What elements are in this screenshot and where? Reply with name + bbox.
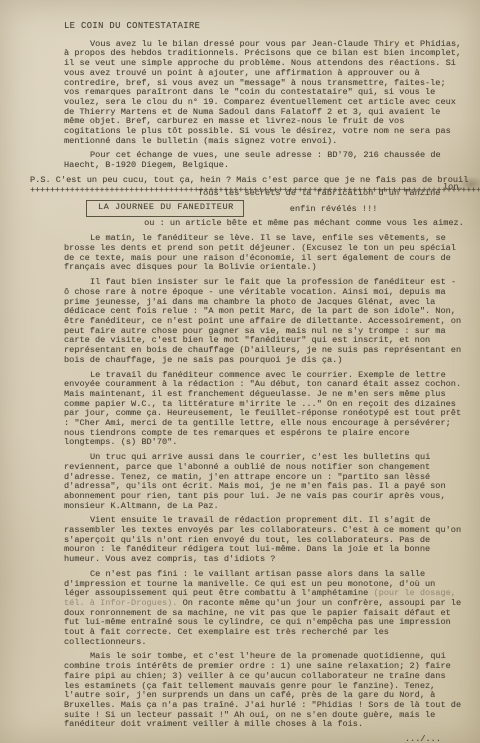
address-paragraph: Pour cet échange de vues, une seule adre…: [64, 151, 466, 170]
paragraph-printing: Ce n'est pas fini : le vaillant artisan …: [64, 570, 466, 648]
boxed-article-title: LA JOURNEE DU FANEDITEUR: [86, 200, 244, 217]
section-title: LE COIN DU CONTESTATAIRE: [64, 22, 466, 32]
paragraph-redaction: Vient ensuite le travail de rédaction pr…: [64, 516, 466, 565]
intro-paragraph: Vous avez lu le bilan dressé pour vous p…: [64, 40, 466, 147]
paragraph-mail: Le travail du fanéditeur commence avec l…: [64, 371, 466, 449]
teaser-line-1: Tous les secrets de la fabrication d'un …: [198, 189, 466, 199]
postscript-line: P.S. C'est un peu cucu, tout ça, hein ? …: [30, 176, 480, 186]
teaser-line-2: enfin révélés !!!: [290, 200, 378, 215]
article-subtitle: ou : un article bête et même pas méchant…: [144, 219, 464, 229]
paragraph-evening-walk: Mais le soir tombe, et c'est l'heure de …: [64, 652, 466, 730]
postscript-text: P.S. C'est un peu cucu, tout ça, hein ? …: [30, 175, 468, 185]
feature-title-row: LA JOURNEE DU FANEDITEUR enfin révélés !…: [86, 200, 466, 217]
page-content: LE COIN DU CONTESTATAIRE Vous avez lu le…: [64, 22, 466, 743]
paragraph-returned-bulletins: Un truc qui arrive aussi dans le courrie…: [64, 453, 466, 511]
continuation-mark: .../...: [64, 735, 466, 743]
paragraph-morning-routine: Le matin, le fanéditeur se lève. Il se l…: [64, 234, 466, 273]
scanned-fanzine-page: LE COIN DU CONTESTATAIRE Vous avez lu le…: [0, 0, 480, 743]
paragraph-vocation: Il faut bien insister sur le fait que la…: [64, 278, 466, 365]
